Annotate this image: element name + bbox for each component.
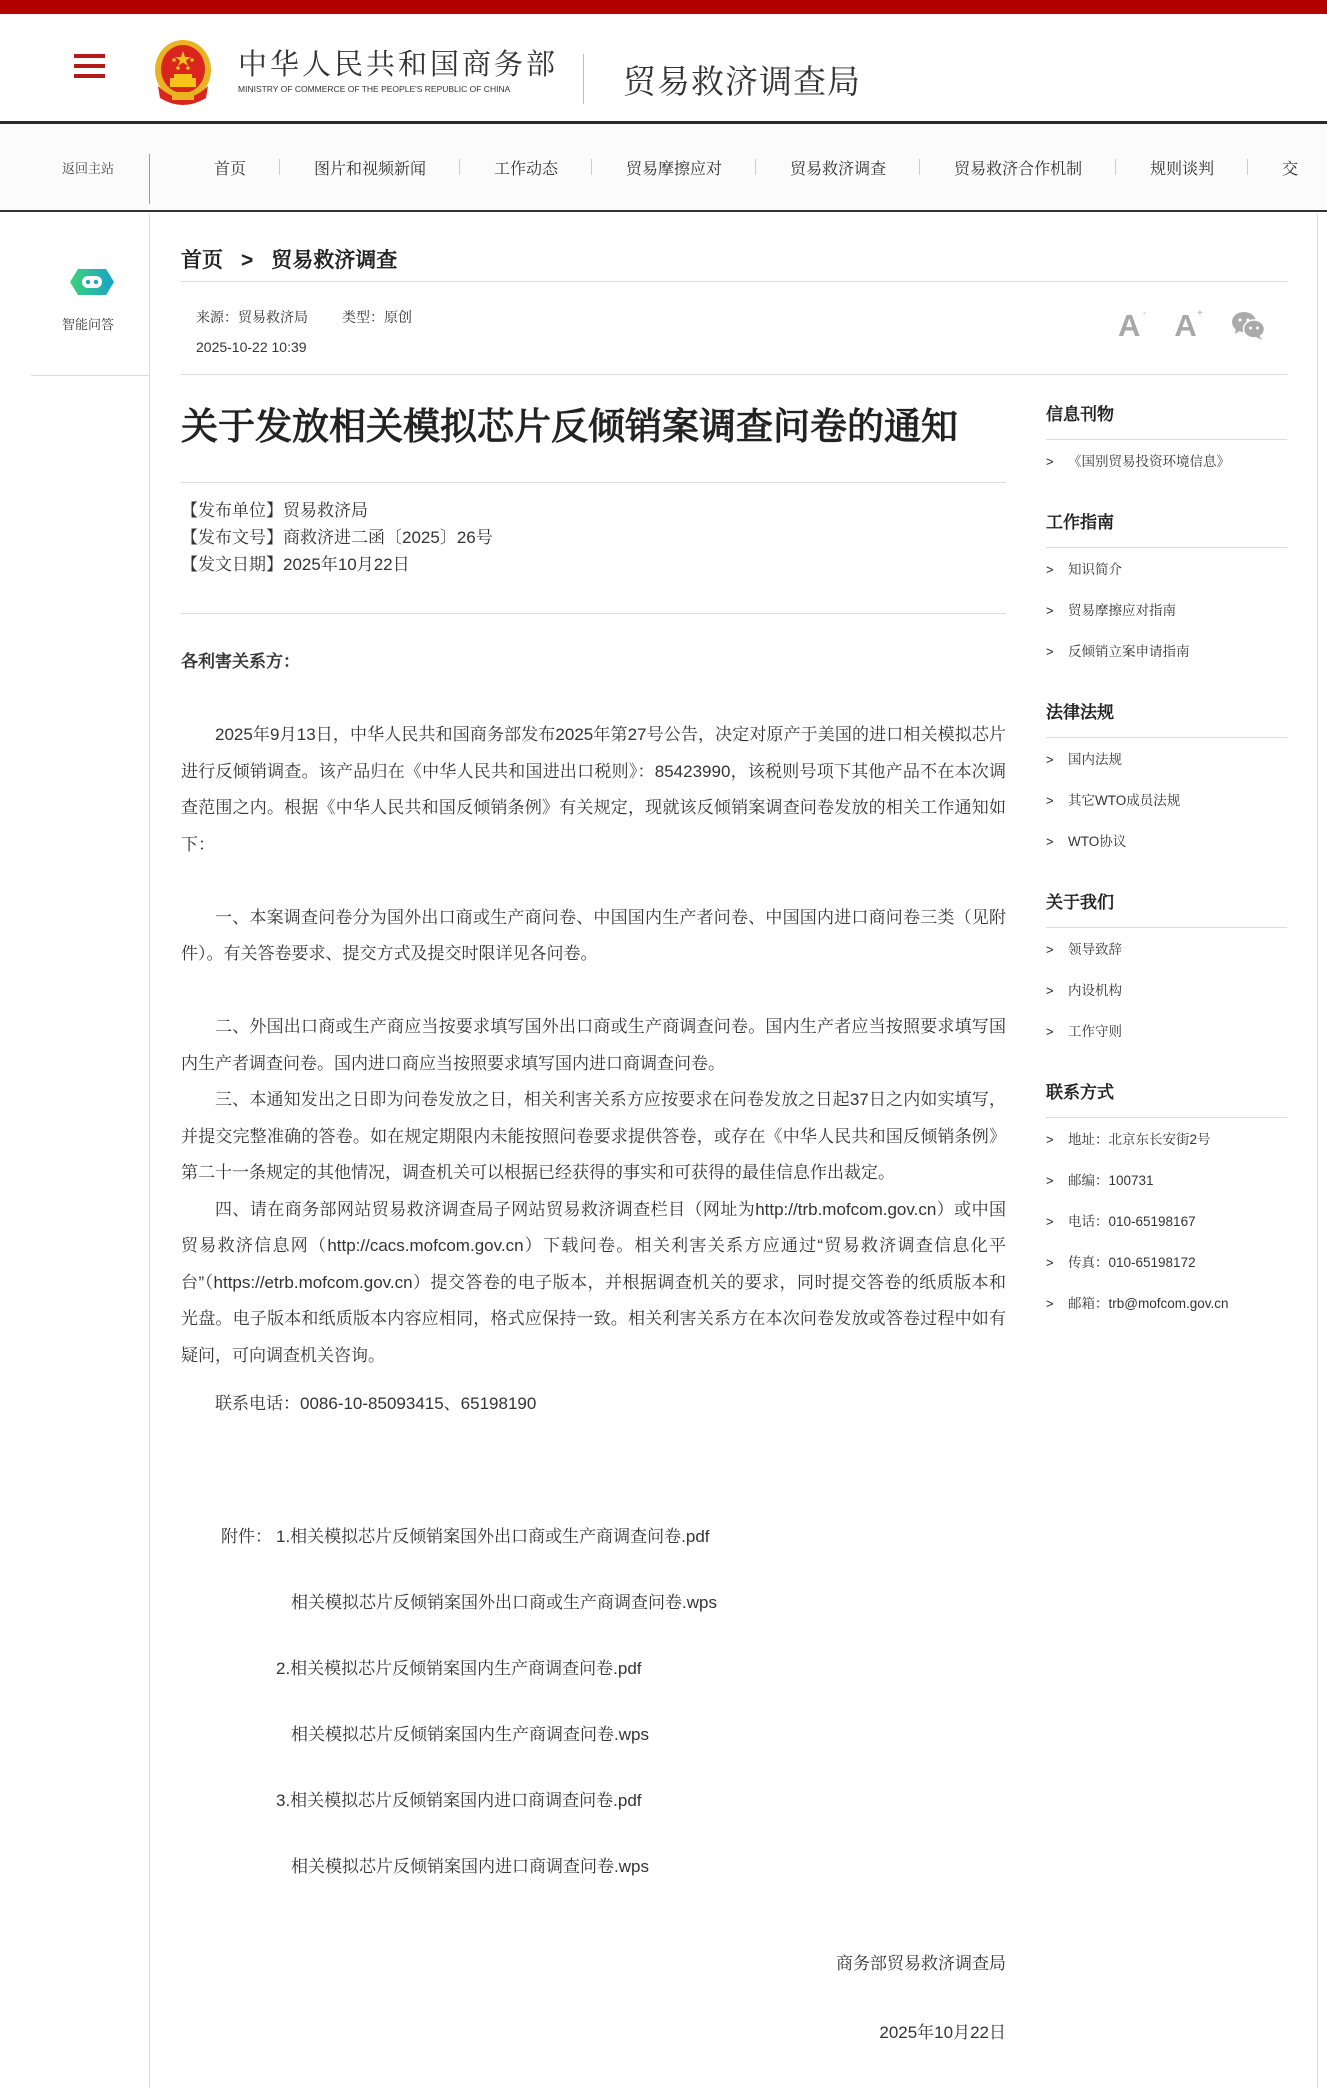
sidebar-link-label: 贸易摩擦应对指南	[1068, 602, 1176, 643]
breadcrumb: 首页>贸易救济调查	[181, 244, 397, 274]
chevron-right-icon: >	[1046, 941, 1068, 982]
salutation: 各利害关系方：	[181, 644, 1006, 681]
article-title: 关于发放相关模拟芯片反倾销案调查问卷的通知	[181, 400, 1006, 454]
doc-date: 【发文日期】2025年10月22日	[181, 551, 1006, 578]
nav-item-photo-video-news[interactable]: 图片和视频新闻	[280, 156, 460, 179]
sidebar-section-about: 关于我们 >领导致辞 >内设机构 >工作守则	[1046, 888, 1287, 1072]
sidebar-link[interactable]: >知识简介	[1046, 561, 1287, 602]
sidebar-link[interactable]: >国内法规	[1046, 751, 1287, 792]
font-decrease-glyph: A	[1118, 308, 1140, 343]
attachment-link[interactable]: 2.相关模拟芯片反倾销案国内生产商调查问卷.pdf	[276, 1659, 642, 1678]
nav-item-rules-negotiation[interactable]: 规则谈判	[1116, 156, 1248, 179]
breadcrumb-home[interactable]: 首页	[181, 249, 223, 272]
sidebar-heading: 工作指南	[1046, 508, 1287, 548]
doc-number: 【发布文号】商救济进二函〔2025〕26号	[181, 524, 1006, 551]
chevron-right-icon: >	[1046, 561, 1068, 602]
wechat-icon[interactable]	[1231, 311, 1265, 341]
sidebar-link-label: 其它WTO成员法规	[1068, 792, 1180, 833]
chevron-right-icon: >	[1046, 1172, 1068, 1213]
breadcrumb-current[interactable]: 贸易救济调查	[271, 249, 397, 272]
sidebar-link[interactable]: >WTO协议	[1046, 833, 1287, 874]
contact-phone: >电话：010-65198167	[1046, 1213, 1287, 1254]
sidebar-link[interactable]: >贸易摩擦应对指南	[1046, 602, 1287, 643]
chevron-right-icon: >	[1046, 602, 1068, 643]
contact-email[interactable]: >邮箱：trb@mofcom.gov.cn	[1046, 1295, 1287, 1336]
chevron-right-icon: >	[1046, 643, 1068, 684]
nav-item-trade-friction[interactable]: 贸易摩擦应对	[592, 156, 756, 179]
attachment-link[interactable]: 1.相关模拟芯片反倾销案国外出口商或生产商调查问卷.pdf	[276, 1527, 710, 1546]
meta-source: 来源：贸易救济局	[196, 309, 308, 325]
sidebar-link[interactable]: >《国别贸易投资环境信息》	[1046, 453, 1287, 494]
doc-info: 【发布单位】贸易救济局 【发布文号】商救济进二函〔2025〕26号 【发文日期】…	[181, 497, 1006, 578]
rail-divider	[31, 375, 150, 376]
chevron-right-icon: >	[1046, 833, 1068, 874]
attachments: 附件：1.相关模拟芯片反倾销案国外出口商或生产商调查问卷.pdf 相关模拟芯片反…	[181, 1519, 1006, 1915]
nav-item-work-updates[interactable]: 工作动态	[460, 156, 592, 179]
meta-divider	[181, 374, 1287, 375]
chevron-right-icon: >	[1046, 982, 1068, 1023]
contact-value: 邮箱：trb@mofcom.gov.cn	[1068, 1295, 1229, 1336]
contact-postcode: >邮编：100731	[1046, 1172, 1287, 1213]
sidebar-link-label: 内设机构	[1068, 982, 1122, 1023]
meta-datetime: 2025-10-22 10:39	[196, 332, 412, 362]
contact-phone: 联系电话：0086-10-85093415、65198190	[181, 1386, 1006, 1423]
sidebar-link-label: 工作守则	[1068, 1023, 1122, 1064]
sidebar-heading: 关于我们	[1046, 888, 1287, 928]
bureau-title[interactable]: 贸易救济调查局	[623, 56, 861, 103]
font-increase-glyph: A	[1174, 308, 1196, 343]
sidebar-link[interactable]: >领导致辞	[1046, 941, 1287, 982]
sidebar-heading: 法律法规	[1046, 698, 1287, 738]
smart-qa-label[interactable]: 智能问答	[62, 314, 114, 333]
sidebar-link[interactable]: >内设机构	[1046, 982, 1287, 1023]
chevron-right-icon: >	[1046, 1023, 1068, 1064]
sidebar-link-label: WTO协议	[1068, 833, 1126, 874]
breadcrumb-separator: >	[241, 249, 253, 272]
contact-value: 电话：010-65198167	[1068, 1213, 1196, 1254]
nav-item-home[interactable]: 首页	[188, 156, 280, 179]
sidebar-link[interactable]: >工作守则	[1046, 1023, 1287, 1064]
attachment-link[interactable]: 3.相关模拟芯片反倾销案国内进口商调查问卷.pdf	[276, 1791, 642, 1810]
right-border	[1317, 214, 1318, 2088]
nav-item-truncated[interactable]: 交	[1248, 156, 1327, 179]
breadcrumb-divider	[181, 281, 1287, 282]
chevron-right-icon: >	[1046, 792, 1068, 833]
nav-item-cooperation-mechanism[interactable]: 贸易救济合作机制	[920, 156, 1116, 179]
chevron-right-icon: >	[1046, 751, 1068, 792]
robot-icon[interactable]	[70, 269, 114, 295]
chevron-right-icon: >	[1046, 1213, 1068, 1254]
nav-item-trade-remedy-investigation[interactable]: 贸易救济调查	[756, 156, 920, 179]
paragraph-4: 四、请在商务部网站贸易救济调查局子网站贸易救济调查栏目（网址为http://tr…	[181, 1192, 1006, 1375]
sidebar-link[interactable]: >其它WTO成员法规	[1046, 792, 1287, 833]
ministry-logo[interactable]: 中华人民共和国商务部 MINISTRY OF COMMERCE OF THE P…	[238, 48, 558, 94]
attachment-link[interactable]: 相关模拟芯片反倾销案国外出口商或生产商调查问卷.wps	[291, 1593, 717, 1612]
sign-date: 2025年10月22日	[181, 2018, 1006, 2043]
chevron-right-icon: >	[1046, 1254, 1068, 1295]
article: 关于发放相关模拟芯片反倾销案调查问卷的通知 【发布单位】贸易救济局 【发布文号】…	[181, 400, 1006, 2043]
font-increase-button[interactable]: A+	[1174, 308, 1196, 344]
title-divider	[181, 482, 1006, 483]
sidebar-section-contact: 联系方式 >地址：北京东长安街2号 >邮编：100731 >电话：010-651…	[1046, 1078, 1287, 1344]
sidebar-heading: 信息刊物	[1046, 400, 1287, 440]
contact-fax: >传真：010-65198172	[1046, 1254, 1287, 1295]
sidebar-section-guides: 工作指南 >知识简介 >贸易摩擦应对指南 >反倾销立案申请指南	[1046, 508, 1287, 692]
national-emblem-icon[interactable]	[152, 38, 214, 108]
nav-items: 首页 图片和视频新闻 工作动态 贸易摩擦应对 贸易救济调查 贸易救济合作机制 规…	[188, 124, 1327, 210]
chevron-right-icon: >	[1046, 1131, 1068, 1172]
header-divider	[583, 54, 584, 104]
sidebar-link-label: 国内法规	[1068, 751, 1122, 792]
font-decrease-sup: -	[1143, 308, 1146, 319]
ministry-name-en: MINISTRY OF COMMERCE OF THE PEOPLE'S REP…	[238, 84, 558, 94]
contact-value: 地址：北京东长安街2号	[1068, 1131, 1211, 1172]
font-increase-sup: +	[1197, 308, 1203, 319]
site-header: 中华人民共和国商务部 MINISTRY OF COMMERCE OF THE P…	[0, 14, 1327, 124]
article-body: 各利害关系方： 2025年9月13日，中华人民共和国商务部发布2025年第27号…	[181, 644, 1006, 1423]
font-decrease-button[interactable]: A-	[1118, 308, 1140, 344]
sidebar-heading: 联系方式	[1046, 1078, 1287, 1118]
sidebar-section-publications: 信息刊物 >《国别贸易投资环境信息》	[1046, 400, 1287, 502]
sidebar-link-label: 《国别贸易投资环境信息》	[1068, 453, 1230, 494]
contact-value: 传真：010-65198172	[1068, 1254, 1196, 1295]
paragraph-2: 二、外国出口商或生产商应当按要求填写国外出口商或生产商调查问卷。国内生产者应当按…	[181, 1009, 1006, 1082]
left-rail: 智能问答	[0, 214, 150, 2088]
sidebar-section-laws: 法律法规 >国内法规 >其它WTO成员法规 >WTO协议	[1046, 698, 1287, 882]
meta-type: 类型：原创	[342, 309, 412, 325]
attachments-label: 附件：	[221, 1519, 276, 1555]
article-tools: A- A+	[1118, 308, 1265, 344]
signature: 商务部贸易救济调查局	[181, 1949, 1006, 1974]
nav-divider	[149, 154, 150, 204]
ministry-name-cn: 中华人民共和国商务部	[238, 48, 558, 82]
info-divider	[181, 613, 1006, 614]
main-nav: 返回主站 首页 图片和视频新闻 工作动态 贸易摩擦应对 贸易救济调查 贸易救济合…	[0, 124, 1327, 212]
contact-address: >地址：北京东长安街2号	[1046, 1131, 1287, 1172]
article-meta: 来源：贸易救济局类型：原创 2025-10-22 10:39	[196, 302, 412, 362]
attachment-link[interactable]: 相关模拟芯片反倾销案国内进口商调查问卷.wps	[291, 1857, 649, 1876]
sidebar-link-label: 知识简介	[1068, 561, 1122, 602]
right-sidebar: 信息刊物 >《国别贸易投资环境信息》 工作指南 >知识简介 >贸易摩擦应对指南 …	[1046, 400, 1287, 1350]
sidebar-link-label: 领导致辞	[1068, 941, 1122, 982]
paragraph-1: 一、本案调查问卷分为国外出口商或生产商问卷、中国国内生产者问卷、中国国内进口商问…	[181, 900, 1006, 973]
doc-unit: 【发布单位】贸易救济局	[181, 497, 1006, 524]
contact-value: 邮编：100731	[1068, 1172, 1154, 1213]
menu-icon[interactable]	[74, 54, 105, 82]
paragraph-intro: 2025年9月13日，中华人民共和国商务部发布2025年第27号公告，决定对原产…	[181, 717, 1006, 863]
back-to-main-site-link[interactable]: 返回主站	[62, 158, 114, 177]
top-red-bar	[0, 0, 1327, 14]
chevron-right-icon: >	[1046, 1295, 1068, 1336]
chevron-right-icon: >	[1046, 453, 1068, 494]
paragraph-3: 三、本通知发出之日即为问卷发放之日，相关利害关系方应按要求在问卷发放之日起37日…	[181, 1082, 1006, 1192]
sidebar-link-label: 反倾销立案申请指南	[1068, 643, 1190, 684]
attachment-link[interactable]: 相关模拟芯片反倾销案国内生产商调查问卷.wps	[291, 1725, 649, 1744]
sidebar-link[interactable]: >反倾销立案申请指南	[1046, 643, 1287, 684]
